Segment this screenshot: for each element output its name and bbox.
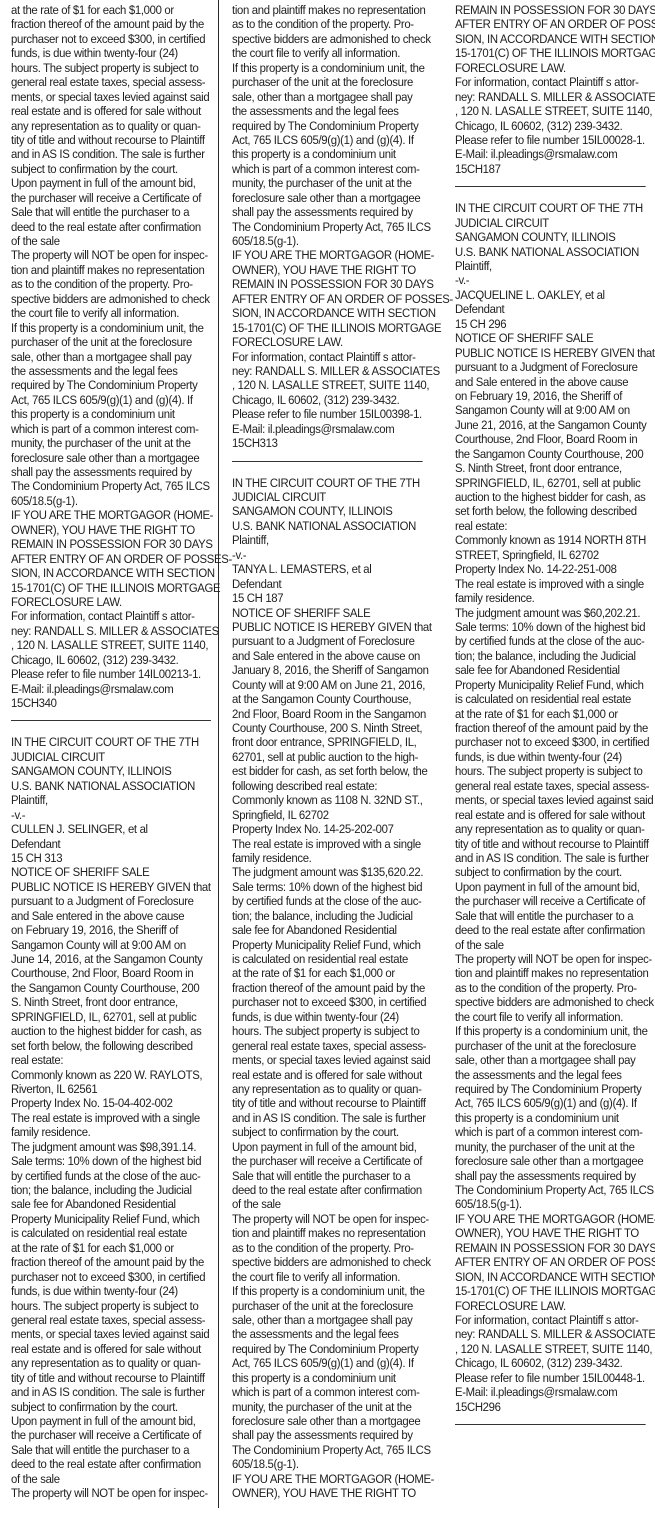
notice-line: and in AS IS condition. The sale is furt…	[11, 147, 197, 161]
notice-line: NOTICE OF SHERIFF SALE	[232, 606, 418, 620]
notice-line: real estate:	[455, 519, 646, 533]
notice-line: E-Mail: il.pleadings@rsmalaw.com	[455, 147, 646, 161]
notice-line: ments, or special taxes levied against s…	[232, 1053, 418, 1067]
notice-line: subject to confirmation by the court.	[455, 865, 646, 879]
notice-separator	[455, 1424, 646, 1425]
notice-line: 605/18.5(g-1).	[232, 234, 418, 248]
notice-line: CULLEN J. SELINGER, et al	[11, 822, 197, 836]
notice-line: FORECLOSURE LAW.	[232, 335, 418, 349]
notice-line: sale fee for Abandoned Residential	[455, 663, 646, 677]
notice-line: IF YOU ARE THE MORTGAGOR (HOME-	[11, 508, 197, 522]
notice-continuation-15ch340: at the rate of $1 for each $1,000 orfrac…	[11, 3, 197, 710]
notice-line: FORECLOSURE LAW.	[11, 595, 197, 609]
notice-line: spective bidders are admonished to check	[455, 995, 646, 1009]
spacer	[11, 710, 197, 720]
notice-line: foreclosure sale other than a mortgagee	[232, 191, 418, 205]
notice-line: tion; the balance, including the Judicia…	[455, 649, 646, 663]
notice-line: ney: RANDALL S. MILLER & ASSOCIATES	[11, 624, 197, 638]
notice-line: tion and plaintiff makes no representati…	[232, 3, 418, 17]
notice-line: AFTER ENTRY OF AN ORDER OF POSSES-	[232, 292, 418, 306]
notice-line: Sale that will entitle the purchaser to …	[232, 1169, 418, 1183]
notice-line: tion and plaintiff makes no representati…	[232, 1226, 418, 1240]
spacer	[455, 1414, 646, 1424]
notice-line: The Condominium Property Act, 765 ILCS	[232, 1443, 418, 1457]
notice-line: and Sale entered in the above cause	[455, 375, 646, 389]
notice-line: as to the condition of the property. Pro…	[232, 1241, 418, 1255]
spacer	[232, 451, 418, 461]
notice-line: 15 CH 313	[11, 851, 197, 865]
notice-line: County Courthouse, 200 S. Ninth Street,	[232, 721, 418, 735]
notice-line: IF YOU ARE THE MORTGAGOR (HOME-	[455, 1212, 646, 1226]
notice-line: Upon payment in full of the amount bid,	[232, 1140, 418, 1154]
notice-line: at the rate of $1 for each $1,000 or	[455, 707, 646, 721]
notice-line: the purchaser will receive a Certificate…	[11, 1428, 197, 1442]
notice-line: is calculated on residential real estate	[455, 692, 646, 706]
notice-line: Riverton, IL 62561	[11, 1082, 197, 1096]
notice-line: the purchaser will receive a Certificate…	[11, 191, 197, 205]
notice-line: Sale that will entitle the purchaser to …	[11, 205, 197, 219]
notice-line: Chicago, IL 60602, (312) 239-3432.	[455, 1356, 646, 1370]
column-1: at the rate of $1 for each $1,000 orfrac…	[11, 3, 197, 1501]
notice-line: , 120 N. LASALLE STREET, SUITE 1140,	[11, 638, 197, 652]
notice-line: munity, the purchaser of the unit at the	[11, 436, 197, 450]
notice-line: set forth below, the following described	[455, 504, 646, 518]
notice-line: by certified funds at the close of the a…	[232, 894, 418, 908]
notice-line: Act, 765 ILCS 605/9(g)(1) and (g)(4). If	[11, 393, 197, 407]
notice-line: tion; the balance, including the Judicia…	[232, 909, 418, 923]
notice-line: of the sale	[455, 938, 646, 952]
notice-line: as to the condition of the property. Pro…	[455, 981, 646, 995]
notice-line: and in AS IS condition. The sale is furt…	[232, 1111, 418, 1125]
notice-line: FORECLOSURE LAW.	[455, 1299, 646, 1313]
notice-line: which is part of a common interest com-	[232, 1385, 418, 1399]
notice-line: hours. The subject property is subject t…	[11, 61, 197, 75]
notice-line: Springfield, IL 62702	[232, 808, 418, 822]
notice-line: Act, 765 ILCS 605/9(g)(1) and (g)(4). If	[232, 133, 418, 147]
notice-line: sale fee for Abandoned Residential	[232, 923, 418, 937]
notice-line: Act, 765 ILCS 605/9(g)(1) and (g)(4). If	[232, 1356, 418, 1370]
notice-line: 605/18.5(g-1).	[232, 1457, 418, 1471]
notice-line: the assessments and the legal fees	[232, 104, 418, 118]
notice-line: The judgment amount was $60,202.21.	[455, 606, 646, 620]
notice-line: June 14, 2016, at the Sangamon County	[11, 952, 197, 966]
notice-line: tity of title and without recourse to Pl…	[11, 133, 197, 147]
notice-line: SANGAMON COUNTY, ILLINOIS	[11, 764, 197, 778]
notice-line: U.S. BANK NATIONAL ASSOCIATION	[232, 519, 418, 533]
notice-line: Property Municipality Relief Fund, which	[455, 678, 646, 692]
notice-line: June 21, 2016, at the Sangamon County	[455, 418, 646, 432]
notice-line: PUBLIC NOTICE IS HEREBY GIVEN that	[232, 620, 418, 634]
spacer	[455, 176, 646, 186]
notice-line: general real estate taxes, special asses…	[11, 75, 197, 89]
notice-line: by certified funds at the close of the a…	[455, 634, 646, 648]
notice-line: Sale terms: 10% down of the highest bid	[232, 880, 418, 894]
notice-line: deed to the real estate after confirmati…	[11, 1457, 197, 1471]
notice-line: OWNER), YOU HAVE THE RIGHT TO	[232, 1486, 418, 1500]
notice-line: -v.-	[455, 273, 646, 287]
notice-line: hours. The subject property is subject t…	[232, 1024, 418, 1038]
notice-line: Please refer to file number 15IL00448-1.	[455, 1371, 646, 1385]
notice-15ch187: IN THE CIRCUIT COURT OF THE 7THJUDICIAL …	[232, 476, 418, 1501]
notice-line: Property Index No. 14-22-251-008	[455, 562, 646, 576]
notice-line: The real estate is improved with a singl…	[455, 577, 646, 591]
notice-line: -v.-	[11, 808, 197, 822]
notice-line: ments, or special taxes levied against s…	[11, 90, 197, 104]
notice-line: on February 19, 2016, the Sheriff of	[455, 389, 646, 403]
notice-line: IN THE CIRCUIT COURT OF THE 7TH	[11, 735, 197, 749]
notice-line: E-Mail: il.pleadings@rsmalaw.com	[455, 1385, 646, 1399]
notice-line: auction to the highest bidder for cash, …	[11, 1024, 197, 1038]
notice-line: purchaser of the unit at the foreclosure	[232, 75, 418, 89]
notice-line: SANGAMON COUNTY, ILLINOIS	[232, 504, 418, 518]
notice-line: Property Municipality Relief Fund, which	[11, 1212, 197, 1226]
legal-notices-page: at the rate of $1 for each $1,000 orfrac…	[0, 0, 655, 1518]
notice-line: the Sangamon County Courthouse, 200	[455, 447, 646, 461]
notice-continuation-15ch313: tion and plaintiff makes no representati…	[232, 3, 418, 451]
notice-line: Property Index No. 15-04-402-002	[11, 1096, 197, 1110]
notice-line: ney: RANDALL S. MILLER & ASSOCIATES	[232, 364, 418, 378]
notice-line: subject to confirmation by the court.	[11, 1400, 197, 1414]
notice-line: JUDICIAL CIRCUIT	[455, 216, 646, 230]
notice-line: The Condominium Property Act, 765 ILCS	[11, 479, 197, 493]
notice-line: spective bidders are admonished to check	[232, 32, 418, 46]
notice-line: Sangamon County will at 9:00 AM on	[11, 938, 197, 952]
notice-line: REMAIN IN POSSESSION FOR 30 DAYS	[11, 537, 197, 551]
notice-line: Please refer to file number 15IL00398-1.	[232, 407, 418, 421]
notice-line: Defendant	[11, 837, 197, 851]
notice-line: IN THE CIRCUIT COURT OF THE 7TH	[232, 476, 418, 490]
notice-line: the Sangamon County Courthouse, 200	[11, 981, 197, 995]
notice-line: required by The Condominium Property	[11, 378, 197, 392]
notice-line: 62701, sell at public auction to the hig…	[232, 750, 418, 764]
notice-line: Upon payment in full of the amount bid,	[11, 1414, 197, 1428]
notice-line: foreclosure sale other than a mortgagee	[455, 1154, 646, 1168]
notice-line: of the sale	[232, 1197, 418, 1211]
notice-line: ments, or special taxes levied against s…	[11, 1327, 197, 1341]
notice-line: purchaser of the unit at the foreclosure	[232, 1299, 418, 1313]
notice-line: auction to the highest bidder for cash, …	[455, 490, 646, 504]
notice-line: OWNER), YOU HAVE THE RIGHT TO	[11, 523, 197, 537]
notice-line: is calculated on residential real estate	[232, 952, 418, 966]
notice-line: Courthouse, 2nd Floor, Board Room in	[455, 432, 646, 446]
notice-line: IF YOU ARE THE MORTGAGOR (HOME-	[232, 1472, 418, 1486]
notice-line: front door entrance, SPRINGFIELD, IL,	[232, 735, 418, 749]
notice-line: Upon payment in full of the amount bid,	[455, 880, 646, 894]
notice-line: Plaintiff,	[232, 533, 418, 547]
notice-line: Courthouse, 2nd Floor, Board Room in	[11, 966, 197, 980]
notice-line: Commonly known as 1914 NORTH 8TH	[455, 533, 646, 547]
notice-line: subject to confirmation by the court.	[11, 162, 197, 176]
notice-line: January 8, 2016, the Sheriff of Sangamon	[232, 663, 418, 677]
notice-line: Sangamon County will at 9:00 AM on	[455, 403, 646, 417]
notice-line: SPRINGFIELD, IL, 62701, sell at public	[11, 1010, 197, 1024]
notice-line: of the sale	[11, 234, 197, 248]
notice-line: The real estate is improved with a singl…	[11, 1111, 197, 1125]
notice-line: AFTER ENTRY OF AN ORDER OF POSSES-	[455, 1255, 646, 1269]
notice-line: shall pay the assessments required by	[455, 1169, 646, 1183]
notice-line: at the rate of $1 for each $1,000 or	[11, 1241, 197, 1255]
notice-line: IF YOU ARE THE MORTGAGOR (HOME-	[232, 248, 418, 262]
notice-line: this property is a condominium unit	[11, 407, 197, 421]
notice-line: Chicago, IL 60602, (312) 239-3432.	[232, 393, 418, 407]
notice-line: deed to the real estate after confirmati…	[11, 220, 197, 234]
notice-line: munity, the purchaser of the unit at the	[232, 1400, 418, 1414]
notice-line: real estate:	[11, 1053, 197, 1067]
notice-line: fraction thereof of the amount paid by t…	[11, 17, 197, 31]
notice-line: family residence.	[232, 851, 418, 865]
notice-line: OWNER), YOU HAVE THE RIGHT TO	[232, 263, 418, 277]
notice-line: foreclosure sale other than a mortgagee	[11, 451, 197, 465]
notice-line: Chicago, IL 60602, (312) 239-3432.	[455, 119, 646, 133]
notice-line: spective bidders are admonished to check	[232, 1255, 418, 1269]
notice-line: SANGAMON COUNTY, ILLINOIS	[455, 230, 646, 244]
notice-line: For information, contact Plaintiff s att…	[11, 609, 197, 623]
notice-line: funds, is due within twenty-four (24)	[11, 46, 197, 60]
notice-line: which is part of a common interest com-	[232, 162, 418, 176]
notice-line: If this property is a condominium unit, …	[232, 61, 418, 75]
notice-line: deed to the real estate after confirmati…	[232, 1183, 418, 1197]
notice-line: at the rate of $1 for each $1,000 or	[232, 966, 418, 980]
notice-line: deed to the real estate after confirmati…	[455, 923, 646, 937]
notice-line: ney: RANDALL S. MILLER & ASSOCIATES	[455, 1327, 646, 1341]
notice-line: pursuant to a Judgment of Foreclosure	[11, 894, 197, 908]
notice-line: S. Ninth Street, front door entrance,	[11, 995, 197, 1009]
notice-line: The Condominium Property Act, 765 ILCS	[455, 1183, 646, 1197]
notice-line: Sale terms: 10% down of the highest bid	[455, 620, 646, 634]
notice-line: and Sale entered in the above cause	[11, 909, 197, 923]
notice-line: est bidder for cash, as set forth below,…	[232, 764, 418, 778]
notice-line: the court file to verify all information…	[232, 1270, 418, 1284]
notice-line: Defendant	[455, 302, 646, 316]
notice-line: munity, the purchaser of the unit at the	[455, 1140, 646, 1154]
notice-line: pursuant to a Judgment of Foreclosure	[455, 360, 646, 374]
notice-line: U.S. BANK NATIONAL ASSOCIATION	[11, 779, 197, 793]
notice-line: SION, IN ACCORDANCE WITH SECTION	[455, 1270, 646, 1284]
notice-line: family residence.	[11, 1125, 197, 1139]
notice-line: E-Mail: il.pleadings@rsmalaw.com	[232, 422, 418, 436]
notice-line: as to the condition of the property. Pro…	[11, 277, 197, 291]
notice-line: subject to confirmation by the court.	[232, 1125, 418, 1139]
notice-line: The property will NOT be open for inspec…	[11, 248, 197, 262]
notice-line: Act, 765 ILCS 605/9(g)(1) and (g)(4). If	[455, 1096, 646, 1110]
notice-line: as to the condition of the property. Pro…	[232, 17, 418, 31]
notice-line: 15-1701(C) OF THE ILLINOIS MORTGAGE	[455, 1284, 646, 1298]
notice-line: shall pay the assessments required by	[232, 205, 418, 219]
notice-line: real estate and is offered for sale with…	[455, 808, 646, 822]
notice-line: fraction thereof of the amount paid by t…	[232, 981, 418, 995]
notice-line: , 120 N. LASALLE STREET, SUITE 1140,	[232, 378, 418, 392]
notice-line: foreclosure sale other than a mortgagee	[232, 1414, 418, 1428]
notice-15ch313: IN THE CIRCUIT COURT OF THE 7THJUDICIAL …	[11, 735, 197, 1500]
notice-line: TANYA L. LEMASTERS, et al	[232, 562, 418, 576]
notice-line: Defendant	[232, 577, 418, 591]
notice-line: SPRINGFIELD, IL, 62701, sell at public	[455, 476, 646, 490]
notice-line: fraction thereof of the amount paid by t…	[11, 1255, 197, 1269]
notice-line: 605/18.5(g-1).	[455, 1197, 646, 1211]
notice-line: JACQUELINE L. OAKLEY, et al	[455, 288, 646, 302]
notice-line: sale fee for Abandoned Residential	[11, 1197, 197, 1211]
notice-line: 605/18.5(g-1).	[11, 494, 197, 508]
notice-line: PUBLIC NOTICE IS HEREBY GIVEN that	[11, 880, 197, 894]
notice-line: SION, IN ACCORDANCE WITH SECTION	[232, 306, 418, 320]
notice-line: S. Ninth Street, front door entrance,	[455, 461, 646, 475]
notice-line: the assessments and the legal fees	[455, 1068, 646, 1082]
notice-line: If this property is a condominium unit, …	[455, 1024, 646, 1038]
notice-line: the court file to verify all information…	[11, 306, 197, 320]
notice-line: tion and plaintiff makes no representati…	[11, 263, 197, 277]
notice-line: hours. The subject property is subject t…	[11, 1299, 197, 1313]
notice-line: funds, is due within twenty-four (24)	[455, 750, 646, 764]
notice-line: STREET, Springfield, IL 62702	[455, 548, 646, 562]
notice-line: any representation as to quality or quan…	[455, 822, 646, 836]
notice-line: For information, contact Plaintiff s att…	[455, 1313, 646, 1327]
notice-line: pursuant to a Judgment of Foreclosure	[232, 634, 418, 648]
notice-line: NOTICE OF SHERIFF SALE	[455, 331, 646, 345]
notice-line: For information, contact Plaintiff s att…	[455, 75, 646, 89]
notice-line: purchaser of the unit at the foreclosure	[455, 1039, 646, 1053]
notice-line: of the sale	[11, 1472, 197, 1486]
notice-line: E-Mail: il.pleadings@rsmalaw.com	[11, 682, 197, 696]
notice-line: , 120 N. LASALLE STREET, SUITE 1140,	[455, 1342, 646, 1356]
notice-line: by certified funds at the close of the a…	[11, 1169, 197, 1183]
notice-line: sale, other than a mortgagee shall pay	[232, 90, 418, 104]
notice-line: fraction thereof of the amount paid by t…	[455, 721, 646, 735]
notice-line: which is part of a common interest com-	[11, 422, 197, 436]
spacer	[232, 462, 418, 476]
column-2: tion and plaintiff makes no representati…	[232, 3, 418, 1501]
notice-line: and in AS IS condition. The sale is furt…	[455, 851, 646, 865]
notice-line: ney: RANDALL S. MILLER & ASSOCIATES	[455, 90, 646, 104]
notice-line: this property is a condominium unit	[455, 1111, 646, 1125]
notice-line: For information, contact Plaintiff s att…	[232, 350, 418, 364]
notice-line: The property will NOT be open for inspec…	[455, 952, 646, 966]
notice-line: Chicago, IL 60602, (312) 239-3432.	[11, 653, 197, 667]
notice-line: the court file to verify all information…	[455, 1010, 646, 1024]
notice-line: the purchaser will receive a Certificate…	[232, 1154, 418, 1168]
notice-line: shall pay the assessments required by	[11, 465, 197, 479]
notice-line: required by The Condominium Property	[232, 1342, 418, 1356]
notice-line: general real estate taxes, special asses…	[11, 1313, 197, 1327]
notice-line: The real estate is improved with a singl…	[232, 837, 418, 851]
notice-line: REMAIN IN POSSESSION FOR 30 DAYS	[232, 277, 418, 291]
notice-line: any representation as to quality or quan…	[11, 1356, 197, 1370]
notice-line: at the Sangamon County Courthouse,	[232, 692, 418, 706]
notice-line: ments, or special taxes levied against s…	[455, 793, 646, 807]
notice-line: the court file to verify all information…	[232, 46, 418, 60]
notice-line: AFTER ENTRY OF AN ORDER OF POSSES-	[455, 17, 646, 31]
notice-line: tion; the balance, including the Judicia…	[11, 1183, 197, 1197]
notice-line: Upon payment in full of the amount bid,	[11, 176, 197, 190]
notice-line: The property will NOT be open for inspec…	[11, 1486, 197, 1500]
notice-line: Sale that will entitle the purchaser to …	[455, 909, 646, 923]
notice-line: NOTICE OF SHERIFF SALE	[11, 865, 197, 879]
notice-line: hours. The subject property is subject t…	[455, 764, 646, 778]
notice-line: U.S. BANK NATIONAL ASSOCIATION	[455, 245, 646, 259]
notice-line: following described real estate:	[232, 779, 418, 793]
notice-line: required by The Condominium Property	[455, 1082, 646, 1096]
notice-line: SION, IN ACCORDANCE WITH SECTION	[455, 32, 646, 46]
notice-line: IN THE CIRCUIT COURT OF THE 7TH	[455, 201, 646, 215]
notice-line: 15CH187	[455, 162, 646, 176]
notice-line: spective bidders are admonished to check	[11, 292, 197, 306]
notice-line: 15CH296	[455, 1400, 646, 1414]
notice-line: real estate and is offered for sale with…	[232, 1068, 418, 1082]
notice-line: munity, the purchaser of the unit at the	[232, 176, 418, 190]
notice-line: purchaser of the unit at the foreclosure	[11, 335, 197, 349]
notice-line: Sale terms: 10% down of the highest bid	[11, 1154, 197, 1168]
notice-line: purchaser not to exceed $300, in certifi…	[455, 735, 646, 749]
notice-line: REMAIN IN POSSESSION FOR 30 DAYS	[455, 1241, 646, 1255]
notice-line: tion and plaintiff makes no representati…	[455, 966, 646, 980]
notice-line: AFTER ENTRY OF AN ORDER OF POSSES-	[11, 552, 197, 566]
notice-line: tity of title and without recourse to Pl…	[455, 837, 646, 851]
notice-line: If this property is a condominium unit, …	[232, 1284, 418, 1298]
notice-line: the purchaser will receive a Certificate…	[455, 894, 646, 908]
notice-line: Plaintiff,	[11, 793, 197, 807]
spacer	[11, 721, 197, 735]
notice-line: real estate and is offered for sale with…	[11, 104, 197, 118]
notice-line: funds, is due within twenty-four (24)	[232, 1010, 418, 1024]
notice-line: this property is a condominium unit	[232, 147, 418, 161]
notice-line: 15CH313	[232, 436, 418, 450]
notice-line: The judgment amount was $98,391.14.	[11, 1140, 197, 1154]
notice-line: The property will NOT be open for inspec…	[232, 1212, 418, 1226]
notice-line: sale, other than a mortgagee shall pay	[455, 1053, 646, 1067]
notice-line: and Sale entered in the above cause on	[232, 649, 418, 663]
notice-line: tity of title and without recourse to Pl…	[11, 1371, 197, 1385]
notice-line: The Condominium Property Act, 765 ILCS	[232, 220, 418, 234]
notice-line: and in AS IS condition. The sale is furt…	[11, 1385, 197, 1399]
notice-line: County will at 9:00 AM on June 21, 2016,	[232, 678, 418, 692]
notice-line: PUBLIC NOTICE IS HEREBY GIVEN that	[455, 346, 646, 360]
column-divider	[218, 0, 219, 1508]
notice-line: , 120 N. LASALLE STREET, SUITE 1140,	[455, 104, 646, 118]
notice-line: Sale that will entitle the purchaser to …	[11, 1443, 197, 1457]
notice-line: Please refer to file number 14IL00213-1.	[11, 667, 197, 681]
notice-line: real estate and is offered for sale with…	[11, 1342, 197, 1356]
notice-line: The judgment amount was $135,620.22.	[232, 865, 418, 879]
notice-line: purchaser not to exceed $300, in certifi…	[11, 1270, 197, 1284]
notice-line: FORECLOSURE LAW.	[455, 61, 646, 75]
notice-line: 15-1701(C) OF THE ILLINOIS MORTGAGE	[11, 581, 197, 595]
notice-line: purchaser not to exceed $300, in certifi…	[11, 32, 197, 46]
spacer	[455, 187, 646, 201]
notice-line: Commonly known as 1108 N. 32ND ST.,	[232, 793, 418, 807]
notice-line: general real estate taxes, special asses…	[455, 779, 646, 793]
notice-line: If this property is a condominium unit, …	[11, 321, 197, 335]
notice-line: at the rate of $1 for each $1,000 or	[11, 3, 197, 17]
notice-line: is calculated on residential real estate	[11, 1226, 197, 1240]
notice-line: the assessments and the legal fees	[11, 364, 197, 378]
notice-line: Commonly known as 220 W. RAYLOTS,	[11, 1068, 197, 1082]
notice-line: 15 CH 187	[232, 591, 418, 605]
notice-line: JUDICIAL CIRCUIT	[11, 750, 197, 764]
notice-line: tity of title and without recourse to Pl…	[232, 1096, 418, 1110]
notice-line: sale, other than a mortgagee shall pay	[232, 1313, 418, 1327]
notice-line: required by The Condominium Property	[232, 119, 418, 133]
notice-continuation-15ch187: REMAIN IN POSSESSION FOR 30 DAYSAFTER EN…	[455, 3, 646, 176]
notice-line: 15-1701(C) OF THE ILLINOIS MORTGAGE	[455, 46, 646, 60]
notice-line: Property Index No. 14-25-202-007	[232, 822, 418, 836]
notice-line: SION, IN ACCORDANCE WITH SECTION	[11, 566, 197, 580]
notice-line: the assessments and the legal fees	[232, 1327, 418, 1341]
notice-line: Property Municipality Relief Fund, which	[232, 938, 418, 952]
notice-line: Please refer to file number 15IL00028-1.	[455, 133, 646, 147]
notice-line: set forth below, the following described	[11, 1039, 197, 1053]
notice-line: this property is a condominium unit	[232, 1371, 418, 1385]
notice-line: any representation as to quality or quan…	[232, 1082, 418, 1096]
notice-line: shall pay the assessments required by	[232, 1428, 418, 1442]
